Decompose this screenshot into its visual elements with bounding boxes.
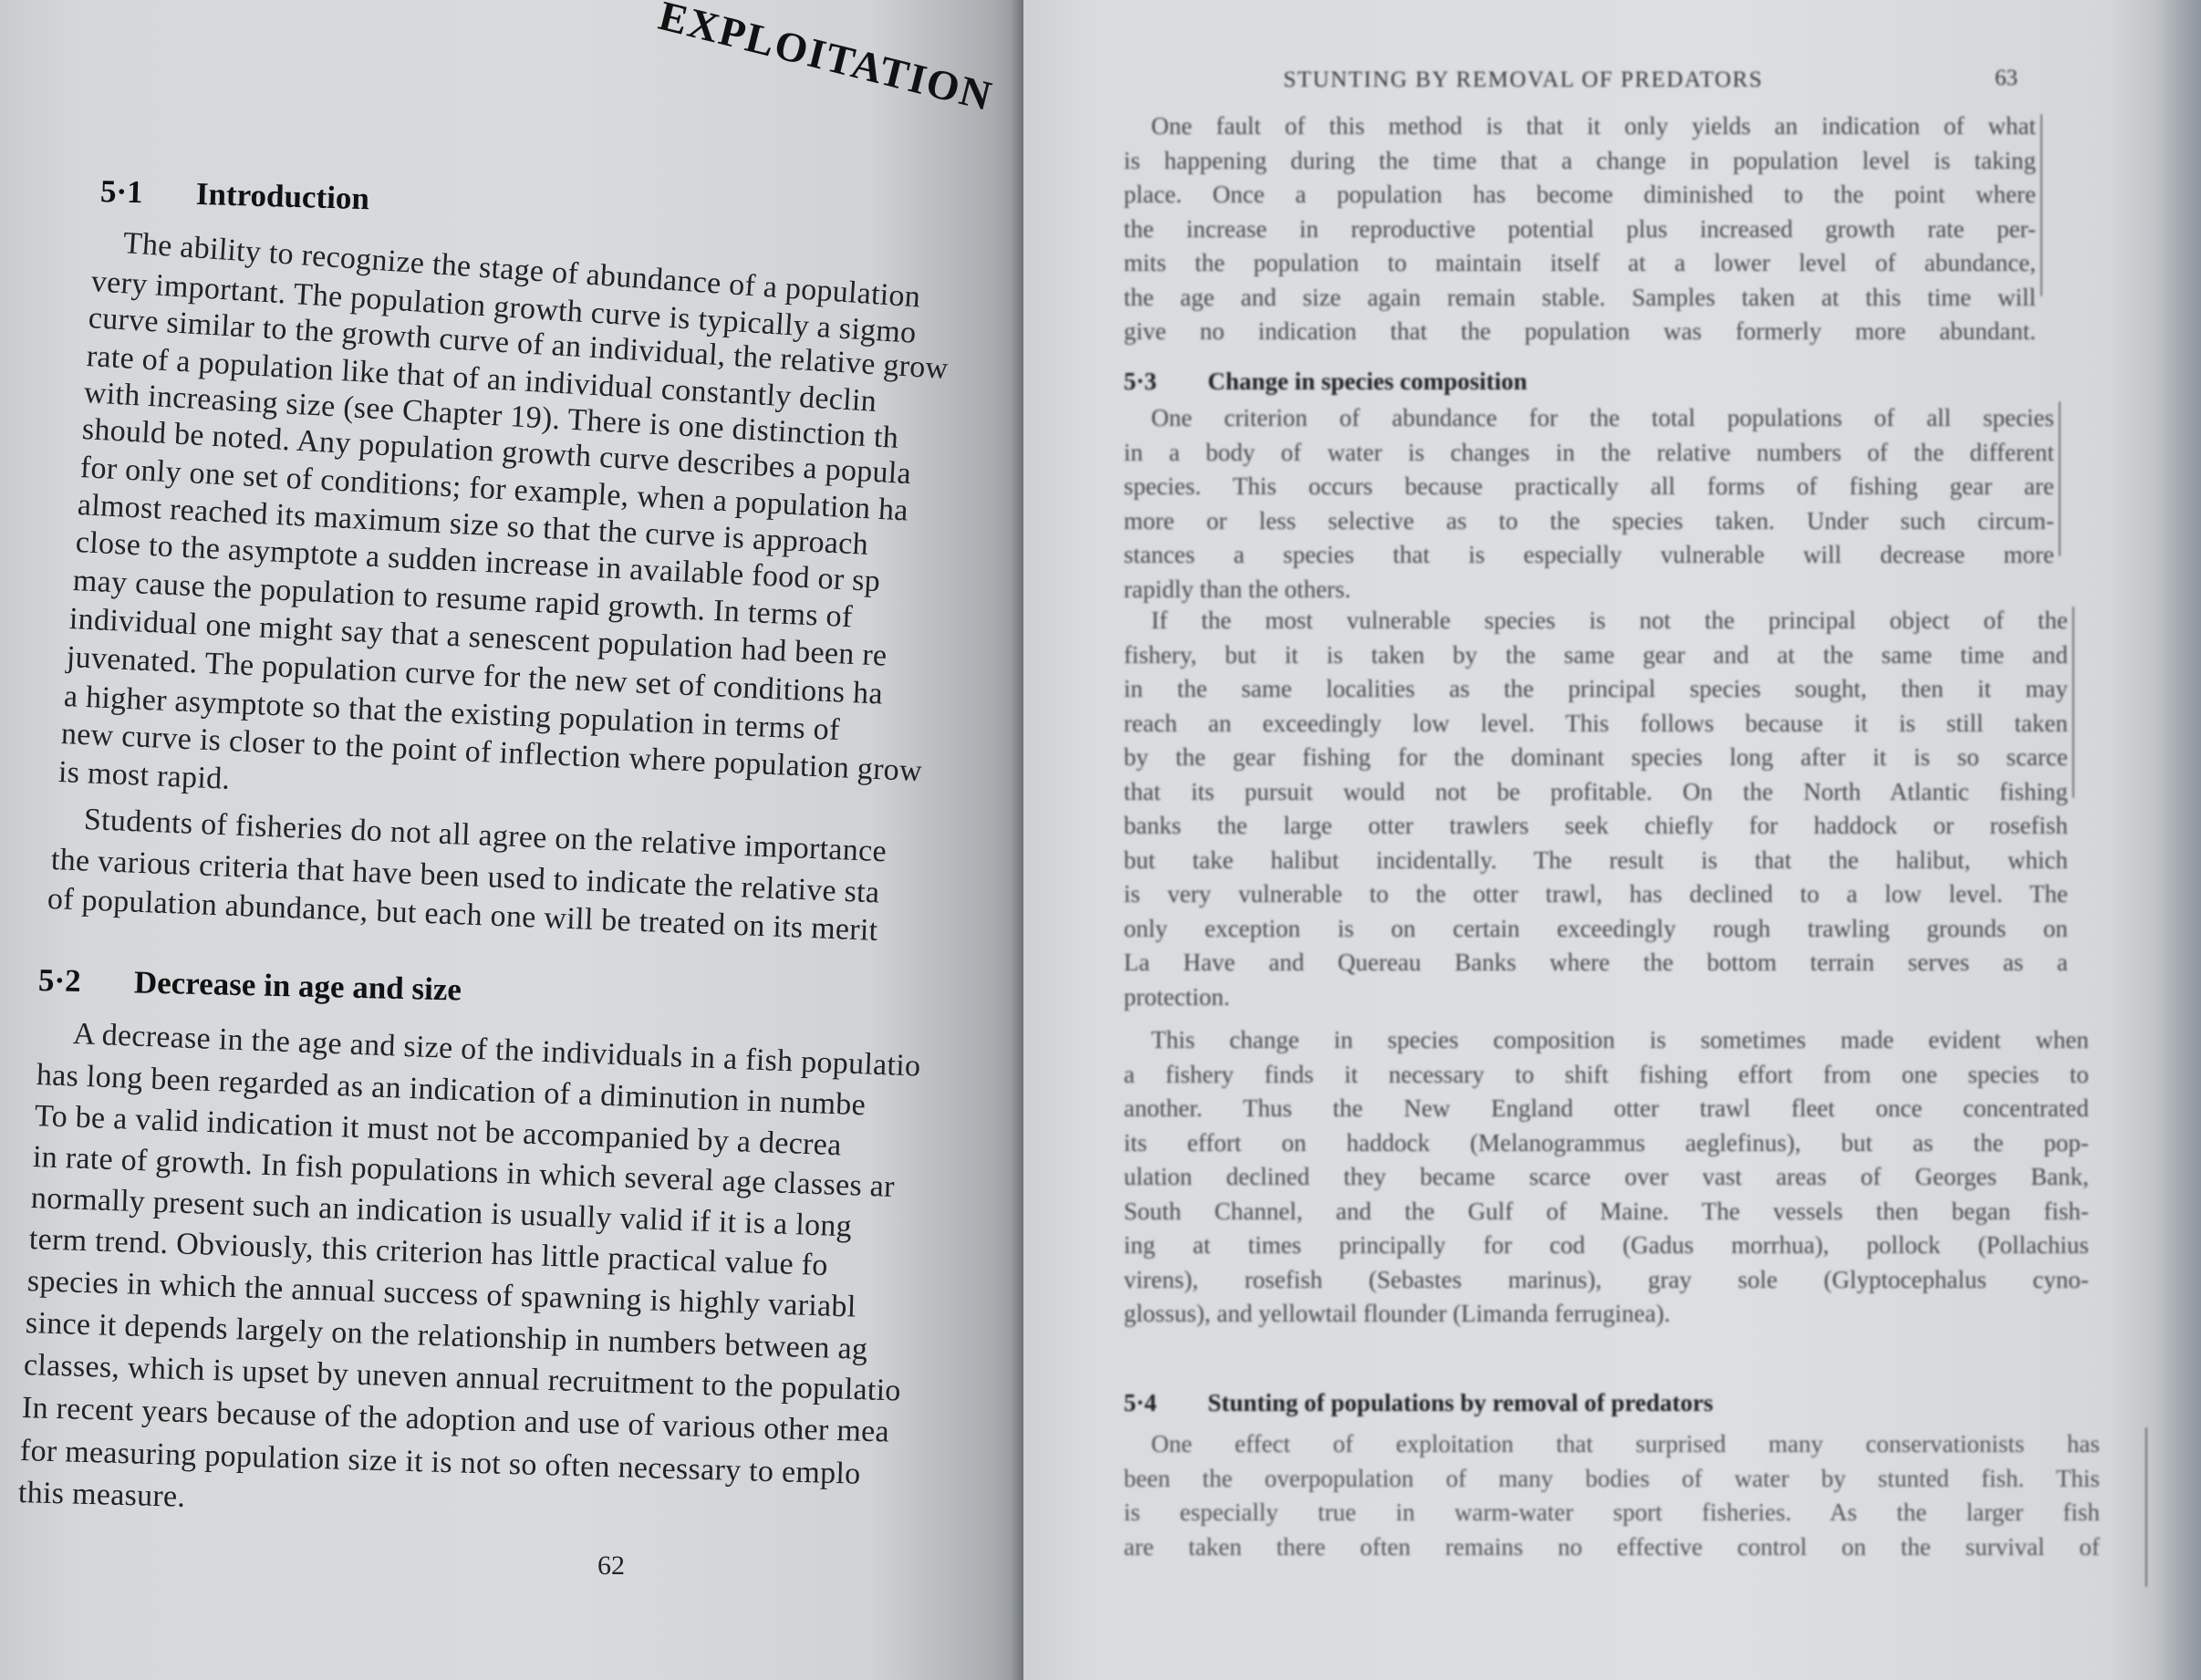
text-line: reach an exceedingly low level. This fol… [1124,707,2068,741]
text-line: This change in species composition is so… [1124,1023,2089,1058]
text-line: only exception is on certain exceedingly… [1124,912,2068,947]
text-line: in the same localities as the principal … [1124,672,2068,707]
text-line: mits the population to maintain itself a… [1124,246,2036,281]
right-page: Stunting by removal of predators 63 One … [1023,0,2201,1680]
text-line: stances a species that is especially vul… [1124,538,2054,573]
text-line: ulation declined they became scarce over… [1124,1160,2089,1195]
left-page-content: EXPLOITATION 5·1Introduction The ability… [36,0,1022,1680]
chapter-title: EXPLOITATION [654,0,998,120]
text-line: La Have and Quereau Banks where the bott… [1124,946,2068,980]
pencil-margin-mark [2040,114,2042,296]
text-line: this measure. [18,1476,186,1515]
text-line: virens), rosefish (Sebastes marinus), gr… [1124,1263,2089,1298]
section-number: 5·1 [99,173,196,213]
section-title: Introduction [195,176,369,216]
text-line: its effort on haddock (Melanogrammus aeg… [1124,1126,2089,1161]
text-line: are taken there often remains no effecti… [1124,1530,2100,1565]
text-line: One fault of this method is that it only… [1124,109,2036,144]
text-line: is happening during the time that a chan… [1124,144,2036,179]
section-title: Stunting of populations by removal of pr… [1208,1389,1713,1416]
paragraph: One fault of this method is that it only… [1124,109,2036,349]
section-title: Decrease in age and size [134,964,462,1007]
book-spread: EXPLOITATION 5·1Introduction The ability… [0,0,2201,1680]
pencil-margin-mark [2072,607,2074,798]
text-line: banks the large otter trawlers seek chie… [1124,809,2068,844]
text-line: a fishery finds it necessary to shift fi… [1124,1058,2089,1093]
text-line: rapidly than the others. [1124,573,2054,607]
paragraph: One effect of exploitation that surprise… [1124,1427,2100,1564]
page-number: 62 [597,1550,625,1581]
text-line: is most rapid. [57,755,231,797]
page-number: 63 [1995,66,2018,91]
text-line: species. This occurs because practically… [1124,470,2054,504]
text-line: the age and size again remain stable. Sa… [1124,281,2036,316]
paragraph: One criterion of abundance for the total… [1124,401,2054,607]
section-heading-5-4: 5·4Stunting of populations by removal of… [1124,1389,1713,1417]
text-line: is very vulnerable to the otter trawl, h… [1124,877,2068,912]
text-line: If the most vulnerable species is not th… [1124,604,2068,638]
section-heading-5-2: 5·2Decrease in age and size [38,962,462,1009]
right-page-content: Stunting by removal of predators 63 One … [1023,0,2201,1680]
text-line: glossus), and yellowtail flounder (Liman… [1124,1297,2089,1332]
text-line: more or less selective as to the species… [1124,504,2054,539]
text-line: by the gear fishing for the dominant spe… [1124,741,2068,775]
text-line: One effect of exploitation that surprise… [1124,1427,2100,1462]
text-line: ing at times principally for cod (Gadus … [1124,1229,2089,1263]
text-line: been the overpopulation of many bodies o… [1124,1462,2100,1497]
section-number: 5·4 [1124,1389,1208,1417]
text-line: fishery, but it is taken by the same gea… [1124,638,2068,673]
section-heading-5-3: 5·3Change in species composition [1124,368,1527,396]
text-line: the increase in reproductive potential p… [1124,213,2036,247]
text-line: but take halibut incidentally. The resul… [1124,844,2068,878]
text-line: that its pursuit would not be profitable… [1124,775,2068,810]
running-head: Stunting by removal of predators [1283,67,1763,93]
section-number: 5·3 [1124,368,1208,396]
text-line: another. Thus the New England otter traw… [1124,1092,2089,1126]
text-line: South Channel, and the Gulf of Maine. Th… [1124,1195,2089,1229]
text-line: protection. [1124,980,2068,1015]
paragraph: This change in species composition is so… [1124,1023,2089,1332]
section-number: 5·2 [38,962,135,1001]
text-line: One criterion of abundance for the total… [1124,401,2054,436]
paragraph: If the most vulnerable species is not th… [1124,604,2068,1014]
section-heading-5-1: 5·1Introduction [99,173,369,217]
text-line: in a body of water is changes in the rel… [1124,436,2054,471]
text-line: place. Once a population has become dimi… [1124,178,2036,213]
text-line: give no indication that the population w… [1124,315,2036,349]
pencil-margin-mark [2059,401,2061,556]
left-page: EXPLOITATION 5·1Introduction The ability… [0,0,1023,1680]
text-line: is especially true in warm-water sport f… [1124,1496,2100,1530]
section-title: Change in species composition [1208,368,1527,395]
pencil-margin-mark [2145,1427,2147,1587]
